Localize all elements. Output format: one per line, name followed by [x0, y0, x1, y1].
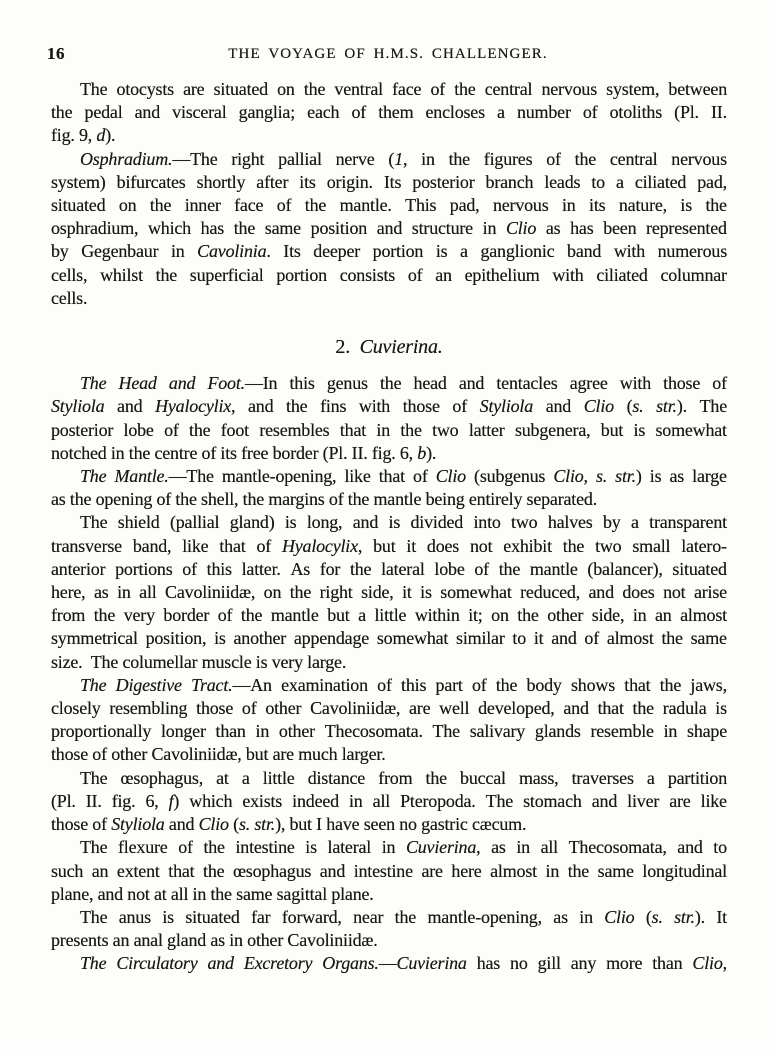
word: in — [579, 906, 593, 929]
word: not — [470, 535, 492, 558]
word: in — [562, 194, 576, 217]
text-run: of — [164, 420, 179, 440]
text-run: nature, — [619, 195, 667, 215]
italic-text-run: Clio — [436, 466, 466, 486]
text-run: the — [563, 536, 584, 556]
text-run: of — [584, 628, 599, 648]
word: side, — [592, 604, 625, 627]
word: face — [234, 194, 263, 217]
word: developed, — [478, 697, 554, 720]
text-run: with — [359, 396, 390, 416]
word: in — [382, 836, 396, 859]
word: here — [451, 860, 481, 883]
text-run: is — [389, 512, 401, 532]
word: been — [603, 217, 636, 240]
text-run: , — [403, 149, 407, 169]
word: in — [483, 217, 497, 240]
word: into — [473, 511, 500, 534]
italic-text-run: s. — [652, 907, 663, 927]
word: the — [705, 194, 726, 217]
text-run: is — [162, 907, 174, 927]
word: band, — [133, 535, 172, 558]
text-run: exhibit — [503, 536, 552, 556]
text-run: lobe — [124, 420, 154, 440]
text-run: and — [546, 396, 571, 416]
word: anus — [119, 906, 151, 929]
text-run: like — [182, 536, 208, 556]
text-run: has — [201, 218, 224, 238]
text-run: does — [622, 582, 654, 602]
italic-text-run: Clio — [506, 218, 536, 238]
word: of — [583, 101, 598, 124]
word: with — [620, 372, 651, 395]
italic-text-run: Clio — [604, 907, 634, 927]
word: The — [80, 836, 107, 859]
text-run: otocysts — [117, 79, 174, 99]
word: transparent — [649, 511, 727, 534]
word: (Pl. — [674, 101, 699, 124]
text-line: TheMantle.—Themantle-opening,likethatofC… — [51, 465, 727, 488]
word: a — [647, 767, 655, 790]
word: like — [182, 535, 208, 558]
word: of — [277, 194, 292, 217]
text-run: transparent — [649, 512, 727, 532]
word: little — [263, 767, 295, 790]
word: Clio — [506, 217, 536, 240]
text-run: in — [516, 837, 530, 857]
text-run: nervous — [671, 149, 727, 169]
word: as — [546, 217, 561, 240]
word: the — [454, 78, 475, 101]
text-run: almost — [490, 861, 537, 881]
text-run: The — [433, 721, 460, 741]
text-run: the — [234, 218, 255, 238]
word: Excretory — [244, 952, 313, 975]
text-run: of — [546, 149, 561, 169]
word: Pteropoda. — [400, 790, 476, 813]
text-run: of — [256, 536, 271, 556]
word: anterior — [51, 558, 105, 581]
text-run: 2. — [335, 336, 359, 358]
word: is — [634, 419, 646, 442]
text-run: same — [691, 628, 727, 648]
word: latter — [469, 419, 505, 442]
text-run: the — [203, 837, 224, 857]
text-run: divided — [411, 512, 464, 532]
word: and — [563, 697, 588, 720]
word: of — [164, 419, 179, 442]
word: and — [207, 952, 233, 975]
text-run: with — [614, 241, 645, 261]
text-run: the — [499, 559, 520, 579]
word: and — [377, 217, 402, 240]
text-line: posteriorlobeofthefootresemblesthatinthe… — [51, 419, 727, 442]
text-run: of — [430, 79, 445, 99]
word: Thecosomata, — [569, 836, 667, 859]
word: the — [661, 627, 682, 650]
word: the — [290, 581, 311, 604]
text-run: of — [452, 396, 467, 416]
text-run: but — [601, 420, 623, 440]
word: Circulatory — [116, 952, 197, 975]
text-run: the — [380, 373, 401, 393]
word: II. — [86, 790, 102, 813]
paragraph: TheflexureoftheintestineislateralinCuvie… — [51, 836, 727, 906]
word: branch — [486, 171, 534, 194]
word: The — [80, 465, 106, 488]
text-run: ciliated — [596, 265, 647, 285]
word: but — [373, 535, 395, 558]
word: each — [307, 101, 339, 124]
text-run: œsophagus — [233, 861, 311, 881]
word: s. — [596, 465, 607, 488]
text-run: of — [474, 559, 489, 579]
text-run: the — [395, 907, 416, 927]
word: Digestive — [116, 674, 182, 697]
running-title: THE VOYAGE OF H.M.S. CHALLENGER. — [0, 46, 776, 63]
text-run: numerous — [658, 241, 727, 261]
text-run: are — [183, 79, 204, 99]
text-run: proportionally — [51, 721, 151, 741]
text-run: branch — [486, 172, 534, 192]
word: fig. — [112, 790, 136, 813]
word: all — [373, 790, 390, 813]
text-run: in — [483, 218, 497, 238]
text-run: other — [279, 721, 315, 741]
word: Its — [283, 240, 300, 263]
text-run: deeper — [313, 241, 360, 261]
text-run: a — [616, 172, 624, 192]
word: posterior — [51, 419, 113, 442]
word: the — [305, 194, 326, 217]
paragraph: TheMantle.—Themantle-opening,likethatofC… — [51, 465, 727, 511]
text-line: Theshield(pallialgland)islong,andisdivid… — [51, 511, 727, 534]
text-run: head — [414, 373, 447, 393]
word: figures — [484, 148, 533, 171]
italic-text-run: Head — [119, 373, 157, 393]
word: two — [432, 419, 458, 442]
text-run: position, — [146, 628, 207, 648]
word: represented — [646, 217, 727, 240]
word: this — [207, 558, 232, 581]
text-run: of — [178, 837, 193, 857]
word: as — [94, 581, 109, 604]
text-line: StyliolaandHyalocylix,andthefinswiththos… — [51, 395, 727, 418]
text-run: to — [512, 628, 526, 648]
text-run: a — [242, 768, 250, 788]
text-run: closely — [51, 698, 101, 718]
text-run: gland) — [230, 512, 275, 532]
word: the — [94, 604, 115, 627]
italic-text-run: Styliola — [480, 396, 533, 416]
word: pad, — [450, 194, 480, 217]
text-run: in — [117, 582, 131, 602]
word: to — [591, 171, 605, 194]
text-run: As — [290, 559, 310, 579]
text-run: portions — [115, 559, 172, 579]
text-run: this — [289, 373, 314, 393]
text-line: Theœsophagus,atalittledistancefromthebuc… — [51, 767, 727, 790]
italic-text-run: b — [417, 443, 426, 463]
word: central — [610, 148, 658, 171]
word: leads — [544, 171, 580, 194]
word: The — [80, 767, 107, 790]
word: ciliated — [635, 171, 686, 194]
text-run: . — [266, 241, 270, 261]
text-run: lobe — [434, 559, 464, 579]
text-run: and — [377, 218, 402, 238]
word: and — [353, 511, 378, 534]
word: superficial — [190, 264, 264, 287]
text-run: and — [353, 512, 378, 532]
text-run: leads — [544, 172, 580, 192]
word: lobe — [434, 558, 464, 581]
word: by — [51, 240, 69, 263]
text-run: a — [631, 512, 639, 532]
word: the — [449, 148, 470, 171]
text-run: central — [610, 149, 658, 169]
word: longer — [161, 720, 206, 743]
italic-text-run: Cavolinia — [197, 241, 266, 261]
text-run: after — [256, 172, 288, 192]
word: the — [203, 836, 224, 859]
text-run: that — [598, 698, 624, 718]
word: on — [491, 604, 509, 627]
text-run: in — [376, 420, 390, 440]
text-run: and — [117, 396, 142, 416]
text-run: it; — [468, 605, 482, 625]
text-run: , — [723, 953, 727, 973]
text-run: and — [248, 396, 273, 416]
word: The — [80, 511, 107, 534]
word: mass, — [519, 767, 559, 790]
word: right — [320, 581, 353, 604]
word: almost — [607, 627, 654, 650]
italic-text-run: Hyalocylix — [155, 396, 231, 416]
text-run: little — [374, 605, 406, 625]
word: gland) — [230, 511, 275, 534]
italic-text-run: Clio — [199, 814, 229, 834]
paragraph: TheDigestiveTract.—Anexaminationofthispa… — [51, 674, 727, 767]
word: Hyalocylix, — [282, 535, 362, 558]
word: is — [420, 581, 432, 604]
text-run: as the opening of the shell, the margins… — [51, 489, 597, 509]
text-run: situated — [672, 559, 726, 579]
text-run: ventral — [334, 79, 383, 99]
word: to — [512, 627, 526, 650]
word: has — [477, 952, 500, 975]
text-line: Theotocystsaresituatedontheventralfaceof… — [51, 78, 727, 101]
text-run: The — [80, 768, 107, 788]
text-run: its — [299, 172, 315, 192]
text-run: in — [256, 721, 270, 741]
text-run: its — [589, 195, 605, 215]
text-run: part — [436, 675, 463, 695]
word: Clio, — [692, 952, 727, 975]
word: extent — [117, 860, 160, 883]
text-run: glands — [535, 721, 581, 741]
text-run: cells, — [51, 265, 87, 285]
text-run: and — [563, 698, 588, 718]
text-run: as — [553, 907, 568, 927]
text-run: otoliths — [610, 102, 662, 122]
text-run: origin. — [327, 172, 373, 192]
text-line: as the opening of the shell, the margins… — [51, 488, 727, 511]
word: The — [80, 952, 106, 975]
word: are — [669, 790, 690, 813]
word: mantle — [530, 558, 578, 581]
text-run: similar — [456, 628, 505, 648]
text-run: portion — [373, 241, 424, 261]
word: cells, — [51, 264, 87, 287]
word: 6, — [145, 790, 158, 813]
word: and — [248, 395, 273, 418]
word: portion — [373, 240, 424, 263]
text-run: like — [701, 791, 727, 811]
word: face — [392, 78, 421, 101]
word: (s. — [646, 906, 663, 929]
word: œsophagus — [233, 860, 311, 883]
text-run: latter — [469, 420, 505, 440]
word: salivary — [470, 720, 525, 743]
word: shortly — [197, 171, 246, 194]
word: same — [691, 627, 727, 650]
text-run: encloses — [426, 102, 485, 122]
word: has — [201, 217, 224, 240]
text-run: , — [476, 837, 480, 857]
text-run: subgenera, — [515, 420, 590, 440]
text-run: pedal — [85, 102, 123, 122]
text-line: those of other Cavoliniidæ, but are much… — [51, 743, 727, 766]
text-run: not — [663, 582, 685, 602]
word: mantle. — [340, 194, 392, 217]
text-run: mantle-opening, — [222, 466, 336, 486]
word: within — [415, 604, 460, 627]
word: Thecosomata. — [325, 720, 423, 743]
text-run: on — [277, 79, 295, 99]
text-run: nerve — [336, 149, 375, 169]
text-line: osphradium,whichhasthesamepositionandstr… — [51, 217, 727, 240]
word: foot — [221, 419, 249, 442]
text-run: an — [92, 861, 109, 881]
text-run: an — [655, 605, 672, 625]
italic-text-run: str. — [674, 907, 695, 927]
text-run: near — [353, 907, 383, 927]
word: more — [606, 952, 642, 975]
word: central — [485, 78, 533, 101]
text-run: The — [700, 396, 727, 416]
text-run: to — [713, 837, 727, 857]
text-run: resembles — [259, 420, 329, 440]
text-run: examination — [281, 675, 368, 695]
text-run: (Pl. — [51, 791, 76, 811]
text-run: Pteropoda. — [400, 791, 476, 811]
word: halves — [548, 511, 593, 534]
text-run: has — [570, 218, 593, 238]
text-run: situated — [185, 907, 239, 927]
word: intestine — [354, 860, 413, 883]
text-run: in — [664, 721, 678, 741]
word: far — [251, 906, 270, 929]
text-run: latero- — [681, 536, 727, 556]
word: origin. — [327, 171, 373, 194]
word: str.). — [656, 395, 687, 418]
text-run: —In — [245, 373, 277, 393]
paragraph: Theshield(pallialgland)islong,andisdivid… — [51, 511, 727, 673]
word: The — [80, 674, 106, 697]
text-run: between — [668, 79, 727, 99]
text-run: this — [207, 559, 232, 579]
text-run: , — [358, 536, 362, 556]
italic-text-run: Digestive — [116, 675, 182, 695]
text-run: more — [606, 953, 642, 973]
italic-text-run: Mantle. — [115, 466, 169, 486]
word: otocysts — [117, 78, 174, 101]
text-run: The — [80, 79, 107, 99]
word: of — [377, 674, 392, 697]
text-run: stomach — [523, 791, 582, 811]
text-line: those of Styliola and Clio (s. str.), bu… — [51, 813, 727, 836]
italic-text-run: Cuvierina. — [360, 336, 443, 358]
paragraph: TheCirculatoryandExcretoryOrgans.—Cuvier… — [51, 952, 727, 975]
text-run: nervous — [493, 195, 549, 215]
word: mantle-opening, — [222, 465, 336, 488]
text-run: almost — [680, 605, 727, 625]
text-run: presents an anal gland as in other Cavol… — [51, 930, 378, 950]
text-line: anteriorportionsofthislatter.Asforthelat… — [51, 558, 727, 581]
text-run: face — [234, 195, 263, 215]
text-run: intestine — [354, 861, 413, 881]
text-run: portion — [276, 265, 327, 285]
text-run: in — [382, 837, 396, 857]
text-run: the — [350, 559, 371, 579]
word: and — [117, 395, 142, 418]
word: It — [716, 906, 727, 929]
text-run: with — [620, 373, 651, 393]
word: than — [652, 952, 682, 975]
text-run: on — [264, 582, 282, 602]
text-run: the — [94, 605, 115, 625]
italic-text-run: Excretory — [244, 953, 313, 973]
text-run: far — [251, 907, 270, 927]
word: the — [563, 535, 584, 558]
word: does — [622, 581, 654, 604]
text-run: for — [320, 559, 340, 579]
word: this — [289, 372, 314, 395]
word: almost — [680, 604, 727, 627]
text-run: are — [421, 861, 442, 881]
word: with — [614, 240, 645, 263]
text-run: it — [406, 536, 416, 556]
text-run: II. — [86, 791, 102, 811]
text-run: those — [403, 396, 440, 416]
text-run: Its — [384, 172, 401, 192]
word: nature, — [619, 194, 667, 217]
word: after — [256, 171, 288, 194]
text-run: mass, — [519, 768, 559, 788]
text-run: pad, — [450, 195, 480, 215]
word: here, — [51, 581, 85, 604]
word: other — [265, 697, 301, 720]
text-run: situated — [214, 79, 268, 99]
word: system) — [51, 171, 106, 194]
text-run: longer — [161, 721, 206, 741]
word: in — [376, 419, 390, 442]
text-line: here,asinallCavoliniidæ,ontherightside,i… — [51, 581, 727, 604]
text-run: side, — [592, 605, 625, 625]
text-run: distance — [308, 768, 365, 788]
word: The — [433, 720, 460, 743]
